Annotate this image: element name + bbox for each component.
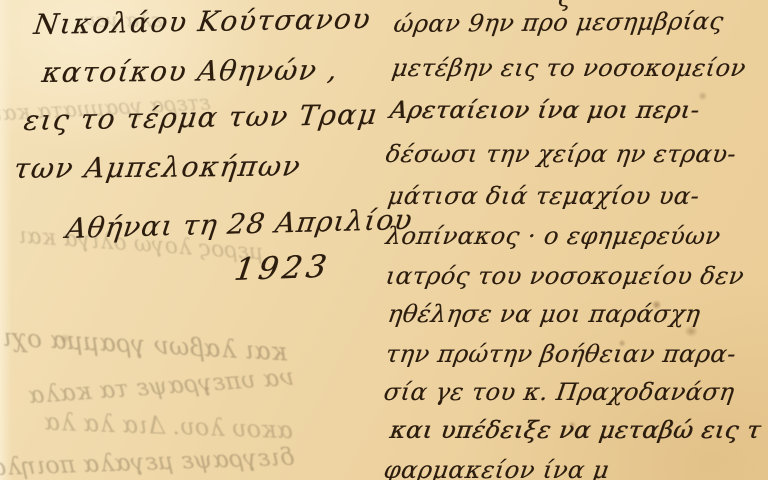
manuscript-line: κατοίκου Αθηνών , [40,53,340,89]
manuscript-line: ιατρός του νοσοκομείου δεν [384,262,746,290]
manuscript-page: ελα γεν ετερα γραμματα και μερος λογω ολ… [0,0,768,480]
manuscript-line: εις το τέρμα των Τραμ [22,98,380,137]
bleedthrough-fragment: ακου λου. Δια λα λα [44,408,294,445]
manuscript-line: και υπέδειξε να μεταβώ εις τ [388,416,763,444]
year-line: 1923 [232,249,333,288]
manuscript-line: των Αμπελοκήπων [12,150,303,185]
manuscript-line: σία γε του κ. Πραχοδανάση [382,378,736,406]
paper-edge-highlight [0,0,12,480]
manuscript-line: Νικολάου Κούτσανου [32,2,373,41]
manuscript-line: μετέβην εις το νοσοκομείον [390,54,748,82]
manuscript-line: ηθέλησε να μοι παράσχη [386,300,702,328]
manuscript-line: δέσωσι την χείρα ην ετραυ- [384,140,738,168]
manuscript-line: την πρώτην βοήθειαν παρα- [384,340,738,368]
manuscript-line: μάτισα διά τεμαχίου υα- [386,182,701,210]
bleedthrough-fragment: να υπεγραψε τα καλα [27,363,294,409]
manuscript-line: λοπίνακος · ο εφημερεύων [384,222,722,250]
bleedthrough-fragment: και λαβων γραμμα οχι [1,323,288,367]
manuscript-line: ώραν 9ην προ μεσημβρίας [392,7,725,38]
bleedthrough-fragment: διεγραψε μεγαλα ποιηλα [0,443,295,480]
manuscript-line: φαρμακείον ίνα μ [382,456,611,480]
date-line: Αθήναι τη 28 Απριλίου [64,203,415,245]
manuscript-line: Αρεταίειον ίνα μοι περι- [388,96,701,124]
